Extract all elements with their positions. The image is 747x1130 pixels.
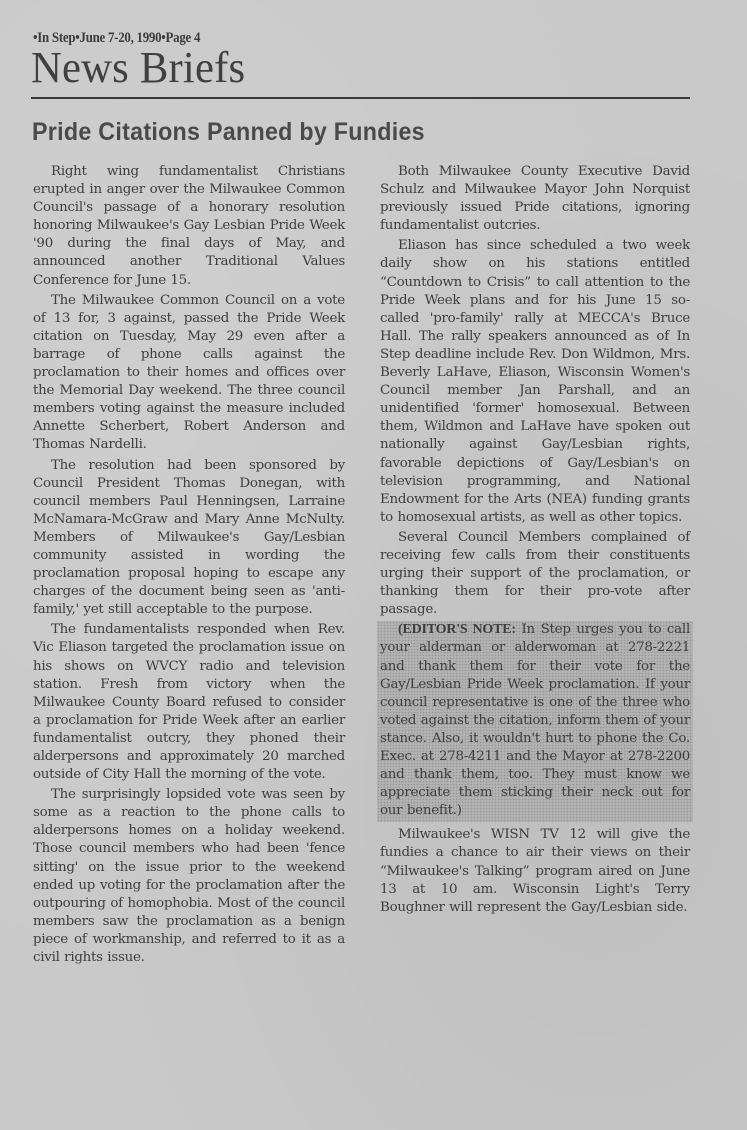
paragraph: Both Milwaukee County Executive David Sc…: [380, 163, 690, 235]
editors-note-box: (EDITOR'S NOTE: In Step urges you to cal…: [377, 621, 693, 822]
paragraph: The fundamentalists responded when Rev. …: [33, 621, 345, 784]
article-column-right: Both Milwaukee County Executive David Sc…: [380, 163, 690, 919]
editors-note-text: (EDITOR'S NOTE: In Step urges you to cal…: [380, 621, 690, 820]
paragraph: Several Council Members complained of re…: [380, 529, 690, 619]
paragraph: Right wing fundamentalist Christians eru…: [33, 163, 345, 290]
paragraph: The resolution had been sponsored by Cou…: [33, 457, 345, 620]
article-headline: Pride Citations Panned by Fundies: [32, 117, 425, 147]
section-divider: [31, 97, 690, 99]
newspaper-page: •In Step•June 7-20, 1990•Page 4 News Bri…: [0, 0, 747, 1130]
paragraph: Eliason has since scheduled a two week d…: [380, 237, 690, 527]
editors-note-lead: (EDITOR'S NOTE:: [398, 622, 516, 637]
paragraph: Milwaukee's WISN TV 12 will give the fun…: [380, 826, 690, 916]
editors-note-body: In Step urges you to call your alderman …: [380, 622, 690, 818]
paragraph: The surprisingly lopsided vote was seen …: [33, 786, 345, 967]
paragraph: The Milwaukee Common Council on a vote o…: [33, 292, 345, 455]
section-title: News Briefs: [31, 46, 245, 90]
article-column-left: Right wing fundamentalist Christians eru…: [33, 163, 345, 969]
